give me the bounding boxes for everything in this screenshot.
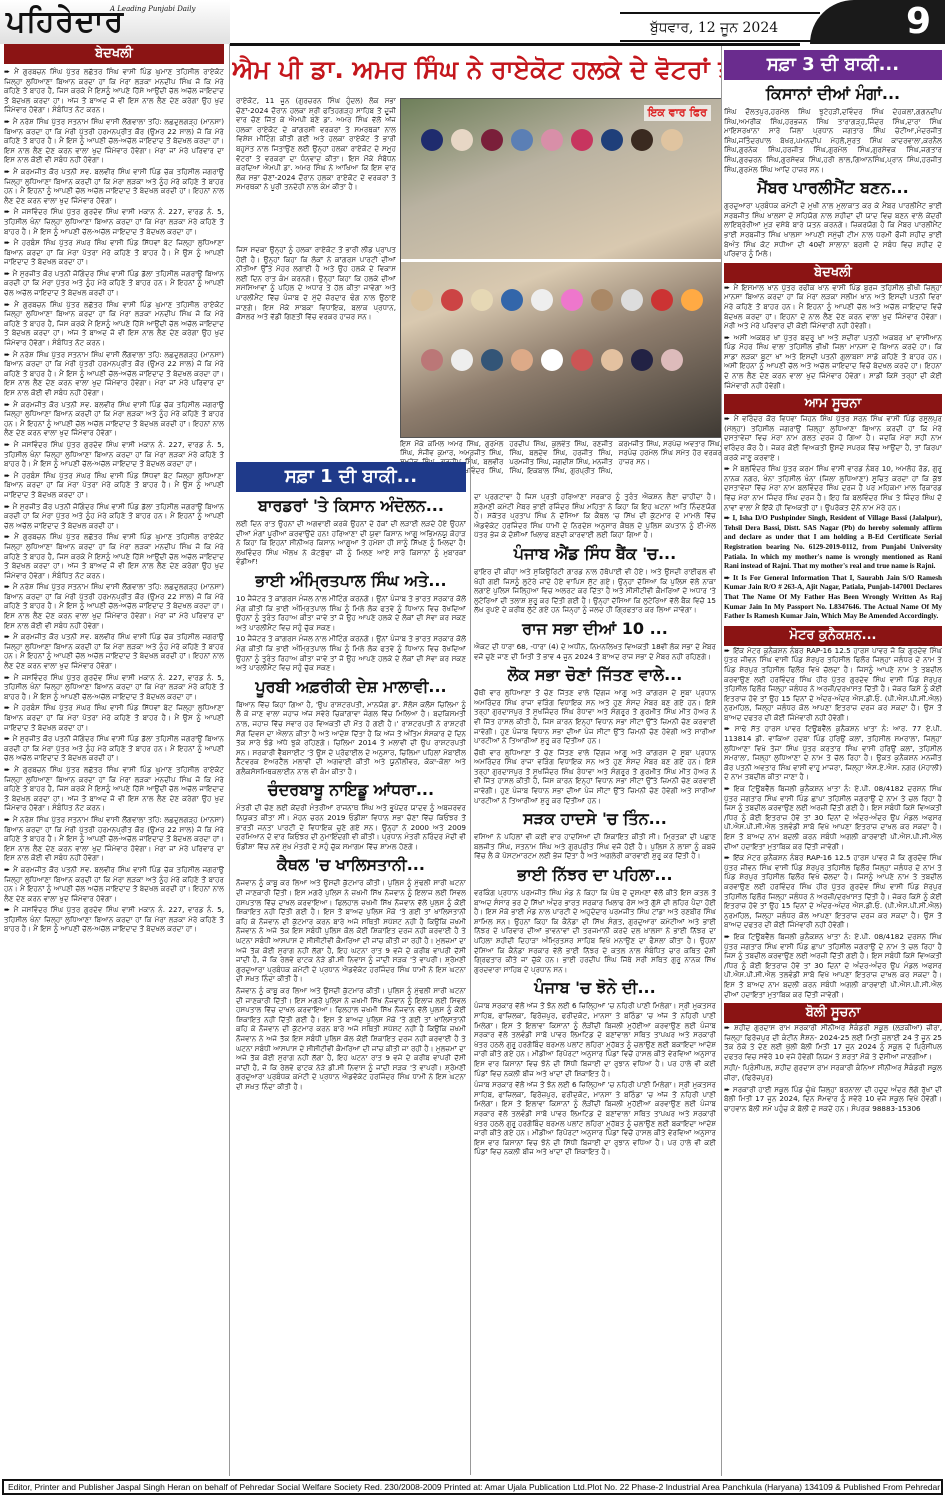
- notice: ➨ ਮੈਂ ਹਰਬੰਸ ਸਿੰਘ ਪੁੱਤਰ ਮੱਘਰ ਸਿੰਘ ਵਾਸੀ ਪਿ…: [4, 238, 224, 267]
- article-text: ਐਕਟ ਦੀ ਧਾਰਾ 68, -ਧਾਰਾ (4) ਦੇ ਅਧੀਨ, ਨਿਮਨਲ…: [474, 642, 716, 661]
- notice: ➨ ਇੱਕ ਮੋਟਰ ਕੁਨੈਕਸ਼ਨ ਨੰਬਰ RAP-16 12.5 ਹਾਰ…: [724, 646, 942, 723]
- lead-dateline-text: ਰਾਏਕੋਟ, 11 ਜੂਨ (ਗੁਰਚਰਨ ਸਿੰਘ ਹੁੰਦਲ) ਲੋਕ ਸ…: [236, 96, 396, 244]
- photo-banner-text: ਇਕ ਵਾਰ ਫਿਰ: [644, 105, 711, 121]
- section-header-boli-suchna: ਬੋਲੀ ਸੂਚਨਾ: [724, 1003, 942, 1023]
- notice: ➨ ਮੈਂ ਜਸਵਿੰਦਰ ਸਿੰਘ ਪੁੱਤਰ ਗੁਰਦੇਵ ਸਿੰਘ ਵਾਸ…: [4, 673, 224, 702]
- photo-people-row: [421, 129, 683, 151]
- article-text: 10 ਜੈਜੇਟਰ ਤੇ ਕਾਂਗਰਸ ਮੰਜਲ ਨਾਲ ਮੀਟਿੰਗ ਕਰਨਗ…: [236, 594, 466, 632]
- notice: ➨ I, Isha D/O Pushpinder Singh, Resident…: [724, 514, 942, 572]
- article-text: ਵਸਿਆਂ ਨੇ ਪਹਿਲਾਂ ਵੀ ਕਈ ਵਾਰ ਹਾਦਸਿਆਂ ਦੀ ਸ਼ਿ…: [474, 832, 716, 861]
- notice: ➨ ਮੈਂ ਬਲਵਿੰਦਰ ਸਿੰਘ ਪੁੱਤਰ ਕਰਮ ਸਿੰਘ ਵਾਸੀ ਵ…: [724, 464, 942, 512]
- notice: ➨ ਮੈਂ ਗੁਰਬਚਨ ਸਿੰਘ ਪੁੱਤਰ ਲਛੱਤਰ ਸਿੰਘ ਵਾਸੀ …: [4, 300, 224, 348]
- article-title: ਮੈਂਬਰ ਪਾਰਲੀਮੈਂਟ ਬਣਨ...: [724, 178, 942, 198]
- masthead-rule: [230, 43, 800, 46]
- article-text: ਪੰਜਾਬ ਸਰਕਾਰ ਵੱਲੋਂ ਅੱਜ ਤੋਂ ਝੋਨ ਲਈ 6 ਜ਼ਿਲ੍…: [474, 1001, 716, 1078]
- column-divider: [470, 455, 471, 1475]
- notice: ➨ ਮੈਂ ਨਰੇਸ਼ ਸਿੰਘ ਪੁੱਤਰ ਸਤਨਾਮ ਸਿੰਘ ਵਾਸੀ ਲ…: [4, 350, 224, 398]
- notice: ➨ ਮੈਂ ਵਰਿੰਦਰ ਕੌਰ ਵਿਧਵਾ ਜਿਹਨ ਸਿੰਘ ਪੁੱਤਰ ਸ…: [724, 414, 942, 462]
- notice: ➨ ਮੈਂ ਕਰਮਜੀਤ ਕੌਰ ਪਤਨੀ ਸਵ. ਬਲਵੀਰ ਸਿੰਘ ਵਾਸ…: [4, 632, 224, 670]
- article-title: ਭਾਈ ਅੰਮ੍ਰਿਤਪਾਲ ਸਿੰਘ ਅਤੇ...: [236, 571, 466, 591]
- section-header-bedakhli: ਬੇਦਖਲੀ: [724, 263, 942, 283]
- column-divider: [229, 44, 230, 1476]
- notice: ➨ ਮੈਂ ਨਰੇਸ਼ ਸਿੰਘ ਪੁੱਤਰ ਸਤਨਾਮ ਸਿੰਘ ਵਾਸੀ ਲ…: [4, 582, 224, 630]
- notice: ➨ ਮੈਂ ਸੁਰਜੀਤ ਕੌਰ ਪਤਨੀ ਜੋਗਿੰਦਰ ਸਿੰਘ ਵਾਸੀ …: [4, 734, 224, 763]
- article-text: ਵਰਕਿੰਗ ਪ੍ਰਧਾਨ ਪਰਮਜੀਤ ਸਿੰਘ ਮੰਡ ਨੇ ਕਿਹਾ ਕਿ…: [474, 888, 716, 974]
- issue-date: ਬੁੱਧਵਾਰ, 12 ਜੂਨ 2024: [620, 12, 820, 42]
- section-header-aam-suchna: ਆਮ ਸੂਚਨਾ: [724, 394, 942, 414]
- article-text: ਚੌਥੀ ਵਾਰ ਲੁਧਿਆਣਾ ਤੋਂ ਚੋਣ ਜਿੱਤਣ ਵਾਲੇ ਦਿੱਗ…: [474, 688, 716, 746]
- notice: ➨ ਮੈਂ ਗੁਰਬਚਨ ਸਿੰਘ ਪੁੱਤਰ ਲਛੱਤਰ ਸਿੰਘ ਵਾਸੀ …: [4, 532, 224, 580]
- tagline: A Leading Punjabi Daily: [110, 5, 195, 13]
- article-text: ਸਿੰਘ ਦੌਲਤਪੁਰ,ਹਰਮੇਲ ਸਿੰਘ ਝੁਟੇਹੜੀ,ਦਵਿੰਦਰ ਸ…: [724, 107, 942, 174]
- lead-photo: ਇਕ ਵਾਰ ਫਿਰ: [400, 98, 722, 438]
- notice: ➨ ਮੈਂ ਸੁਰਜੀਤ ਕੌਰ ਪਤਨੀ ਜੋਗਿੰਦਰ ਸਿੰਘ ਵਾਸੀ …: [4, 269, 224, 298]
- notice: ➨ ਮੈਂ ਜਸਵਿੰਦਰ ਸਿੰਘ ਪੁੱਤਰ ਗੁਰਦੇਵ ਸਿੰਘ ਵਾਸ…: [4, 207, 224, 236]
- notice: ➨ ਮੈਂ ਗੁਰਬਚਨ ਸਿੰਘ ਪੁੱਤਰ ਲਛੱਤਰ ਸਿੰਘ ਵਾਸੀ …: [4, 67, 224, 115]
- article-title: ਪੂਰਬੀ ਅਫ਼ਰੀਕੀ ਦੇਸ਼ ਮਾਲਾਵੀ...: [236, 677, 466, 697]
- publisher-imprint: Editor, Printer and Publisher Jaspal Sin…: [2, 1479, 943, 1495]
- article-text: ਲਈ ਦਿਨ ਰਾਤ ਉਹਨਾਂ ਦੀ ਅਗਵਾਈ ਕਰਕੇ ਉਹਨਾਂ ਦੇ …: [236, 519, 466, 567]
- article-text: ਪੰਜਾਬ ਸਰਕਾਰ ਵੱਲੋਂ ਅੱਜ ਤੋਂ ਝੋਨ ਲਈ 6 ਜ਼ਿਲ੍…: [474, 1080, 716, 1157]
- article-title: ਬਾਰਡਰਾਂ 'ਤੇ ਕਿਸਾਨ ਅੰਦੋਲਨ...: [236, 496, 466, 516]
- article-title: ਕਿਸਾਨਾਂ ਦੀਆਂ ਮੰਗਾਂ...: [724, 84, 942, 104]
- article-text: ਨੌਜਵਾਨ ਨੂੰ ਕਾਬੂ ਕਰ ਲਿਆ ਅਤੇ ਉਸਦੀ ਕੁੱਟਮਾਰ …: [236, 878, 466, 984]
- article-text: ਬਿਆਨ ਵਿੱਚ ਕਿਹਾ ਗਿਆ ਹੈ, 'ਉਪ ਰਾਸ਼ਟਰਪਤੀ, ਮਾ…: [236, 700, 466, 777]
- news-column: ਦਾ ਪ੍ਰਗਟਾਵਾ ਹੈ ਜਿਸ ਪ੍ਰਤੀ ਹਰਿਆਣਾ ਸਰਕਾਰ ਨੂ…: [474, 492, 716, 1474]
- notice: ➨ ਮੈਂ ਨਰੇਸ਼ ਸਿੰਘ ਪੁੱਤਰ ਸਤਨਾਮ ਸਿੰਘ ਵਾਸੀ ਲ…: [4, 815, 224, 863]
- article-text: 10 ਜੈਜੇਟਰ ਤੇ ਕਾਂਗਰਸ ਮੰਜਲ ਨਾਲ ਮੀਟਿੰਗ ਕਰਨਗ…: [236, 634, 466, 672]
- left-column: ਬੇਦਖਲੀ ➨ ਮੈਂ ਗੁਰਬਚਨ ਸਿੰਘ ਪੁੱਤਰ ਲਛੱਤਰ ਸਿੰ…: [4, 44, 224, 1474]
- article-text: ਮੰਤਰੀ ਦੀ ਚੋਣ ਲਈ ਕੇਂਦਰੀ ਮੰਤਰੀਆਂ ਰਾਜਨਾਥ ਸਿ…: [236, 803, 466, 851]
- column-divider: [721, 46, 722, 1476]
- article-text: ਨੌਜਵਾਨ ਨੂੰ ਕਾਬੂ ਕਰ ਲਿਆ ਅਤੇ ਉਸਦੀ ਕੁੱਟਮਾਰ …: [236, 986, 466, 1092]
- section-header-motor-connection: ਮੋਟਰ ਕੁਨੈਕਸ਼ਨ...: [724, 626, 942, 646]
- notice: ➨ ਮੈਂ ਨਰੇਸ਼ ਸਿੰਘ ਪੁੱਤਰ ਸਤਨਾਮ ਸਿੰਘ ਵਾਸੀ ਲ…: [4, 117, 224, 165]
- notice: ➨ ਸਰਕਾਰੀ ਹਾਈ ਸਕੂਲ ਪਿੰਡ ਚੁੰਘੇ ਜ਼ਿਲ੍ਹਾ ਬਰਨ…: [724, 1085, 942, 1114]
- notice: ➨ ਇਕ ਟਿਊਬਵੈੱਲ ਬਿਜਲੀ ਕੁਨੈਕਸ਼ਨ ਖਾਤਾ ਨੰ: ਏ.…: [724, 932, 942, 999]
- notice: ਸਹੀ/- ਪ੍ਰਿੰਸੀਪਲ, ਸ਼ਹੀਦ ਗੁਰਦਾਸ ਰਾਮ ਸਰਕਾਰੀ…: [724, 1063, 942, 1082]
- notice: ➨ ਸਾਢੇ ਸੱਤ ਹਾਰਸ ਪਾਵਰ ਟਿਊਬਵੈੱਲ ਕੁਨੈਕਸ਼ਨ ਖ…: [724, 724, 942, 782]
- article-text: ਚੌਥੀ ਵਾਰ ਲੁਧਿਆਣਾ ਤੋਂ ਚੋਣ ਜਿੱਤਣ ਵਾਲੇ ਦਿੱਗ…: [474, 748, 716, 806]
- article-title: ਸੜਕ ਹਾਦਸੇ 'ਚ ਤਿੰਨ...: [474, 809, 716, 829]
- section-header-page3-continued: ਸਫ਼ਾ 3 ਦੀ ਬਾਕੀ...: [724, 50, 942, 80]
- article-text: ਫਾਇਰ ਦੀ ਕੀਹਾ ਅਤੇ ਸੁਕਿਉਰਿਟੀ ਗਾਰਡ ਨਾਲ ਹੱਥੋ…: [474, 567, 716, 615]
- page-number-tab: 9: [810, 0, 945, 44]
- notice: ➨ ਅਸੀਂ ਅਕਬਰ ਖਾਂ ਪੁੱਤਰ ਬਦਰੂ ਖਾਂ ਅਤੇ ਸ਼ਦੀਰ…: [724, 333, 942, 391]
- notice: ➨ ਮੈਂ ਜਸਵਿੰਦਰ ਸਿੰਘ ਪੁੱਤਰ ਗੁਰਦੇਵ ਸਿੰਘ ਵਾਸ…: [4, 440, 224, 469]
- article-title: ਰਾਜ ਸਭਾ ਦੀਆਂ 10 ...: [474, 619, 716, 639]
- notice: ➨ ਮੈਂ ਹਰਬੰਸ ਸਿੰਘ ਪੁੱਤਰ ਮੱਘਰ ਸਿੰਘ ਵਾਸੀ ਪਿ…: [4, 703, 224, 732]
- photo-audience-row: [411, 289, 703, 311]
- article-title: ਪੰਜਾਬ ਐਂਡ ਸਿੰਧ ਬੈਂਕ 'ਚ...: [474, 544, 716, 564]
- newspaper-logo: ਪਹਿਰੇਦਾਰ: [6, 2, 124, 42]
- notice: ➨ ਸ਼ਹੀਦ ਗੁਰਦਾਸ ਰਾਮ ਸਰਕਾਰੀ ਸੀਨੀਅਰ ਸੈਕੰਡਰੀ…: [724, 1023, 942, 1061]
- notice: ➨ ਇਕ ਟਿਊਬਵੈੱਲ ਬਿਜਲੀ ਕੁਨੈਕਸ਼ਨ ਖਾਤਾ ਨੰ: ਏ.…: [724, 784, 942, 851]
- page-number: 9: [906, 0, 931, 44]
- article-title: ਭਾਈ ਨਿੱਝਰ ਦਾ ਪਹਿਲਾ...: [474, 865, 716, 885]
- notice: ➨ ਮੈਂ ਹਰਬੰਸ ਸਿੰਘ ਪੁੱਤਰ ਮੱਘਰ ਸਿੰਘ ਵਾਸੀ ਪਿ…: [4, 471, 224, 500]
- right-column: ਸਫ਼ਾ 3 ਦੀ ਬਾਕੀ... ਕਿਸਾਨਾਂ ਦੀਆਂ ਮੰਗਾਂ... …: [724, 50, 942, 1474]
- photo-divider: [401, 259, 721, 262]
- article-text: ਦਾ ਪ੍ਰਗਟਾਵਾ ਹੈ ਜਿਸ ਪ੍ਰਤੀ ਹਰਿਆਣਾ ਸਰਕਾਰ ਨੂ…: [474, 492, 716, 540]
- masthead: ਪਹਿਰੇਦਾਰ A Leading Punjabi Daily ਬੁੱਧਵਾਰ…: [0, 0, 945, 44]
- section-header-page1-continued: ਸਫ਼ਾ 1 ਦੀ ਬਾਕੀ...: [236, 462, 466, 492]
- notice: ➨ ਮੈਂ ਇਸਮਾਲ ਖਾਨ ਪੁੱਤਰ ਰਫੀਕ ਖਾਨ ਵਾਸੀ ਪਿੰਡ…: [724, 283, 942, 331]
- logo-band: ਪਹਿਰੇਦਾਰ A Leading Punjabi Daily: [0, 0, 230, 44]
- notice: ➨ ਮੈਂ ਕਰਮਜੀਤ ਕੌਰ ਪਤਨੀ ਸਵ. ਬਲਵੀਰ ਸਿੰਘ ਵਾਸ…: [4, 865, 224, 903]
- notice: ➨ ਮੈਂ ਜਸਵਿੰਦਰ ਸਿੰਘ ਪੁੱਤਰ ਗੁਰਦੇਵ ਸਿੰਘ ਵਾਸ…: [4, 905, 224, 934]
- article-title: ਕੈਥਲ 'ਚ ਖਾਲਿਸਤਾਨੀ...: [236, 855, 466, 875]
- article-title: ਲੋਕ ਸਭਾ ਚੋਣਾਂ ਜਿੱਤਣ ਵਾਲੇ...: [474, 665, 716, 685]
- notice: ➨ ਇੱਕ ਮੋਟਰ ਕੁਨੈਕਸ਼ਨ ਨੰਬਰ RAP-16 12.5 ਹਾਰ…: [724, 853, 942, 930]
- article-text: ਗੁਰਦੁਆਰਾ ਪ੍ਰਬੰਧਕ ਕਮੇਟੀ ਦੇ ਮੁਖੀ ਨਾਲ ਮੁਲਾਕ…: [724, 201, 942, 259]
- article-title: ਚੰਦਰਬਾਬੂ ਨਾਇਡੂ ਆਂਧਰਾ...: [236, 780, 466, 800]
- notice: ➨ ਮੈਂ ਕਰਮਜੀਤ ਕੌਰ ਪਤਨੀ ਸਵ. ਬਲਵੀਰ ਸਿੰਘ ਵਾਸ…: [4, 400, 224, 438]
- lead-headline: ਐਮ ਪੀ ਡਾ. ਅਮਰ ਸਿੰਘ ਨੇ ਰਾਏਕੋਟ ਹਲਕੇ ਦੇ ਵੋਟ…: [232, 50, 722, 90]
- notice: ➨ ਮੈਂ ਗੁਰਬਚਨ ਸਿੰਘ ਪੁੱਤਰ ਲਛੱਤਰ ਸਿੰਘ ਵਾਸੀ …: [4, 765, 224, 813]
- notice: ➨ ਮੈਂ ਸੁਰਜੀਤ ਕੌਰ ਪਤਨੀ ਜੋਗਿੰਦਰ ਸਿੰਘ ਵਾਸੀ …: [4, 502, 224, 531]
- continued-from-page-1-column: ਸਫ਼ਾ 1 ਦੀ ਬਾਕੀ... ਬਾਰਡਰਾਂ 'ਤੇ ਕਿਸਾਨ ਅੰਦੋ…: [236, 462, 466, 1474]
- notice: ➨ ਮੈਂ ਕਰਮਜੀਤ ਕੌਰ ਪਤਨੀ ਸਵ. ਬਲਵੀਰ ਸਿੰਘ ਵਾਸ…: [4, 167, 224, 205]
- article-title: ਪੰਜਾਬ 'ਚ ਝੋਨੇ ਦੀ...: [474, 978, 716, 998]
- lead-body-text: ਜਿਸ ਸਦਕਾ ਉਨ੍ਹਾਂ ਨੂੰ ਹਲਕਾ ਰਾਏਕੋਟ ਤੋਂ ਭਾਰੀ…: [236, 245, 396, 495]
- notice: ➨ It Is For General Information That I, …: [724, 574, 942, 622]
- section-header-bedakhli: ਬੇਦਖਲੀ: [4, 44, 224, 64]
- photo-audience-row: [421, 349, 683, 371]
